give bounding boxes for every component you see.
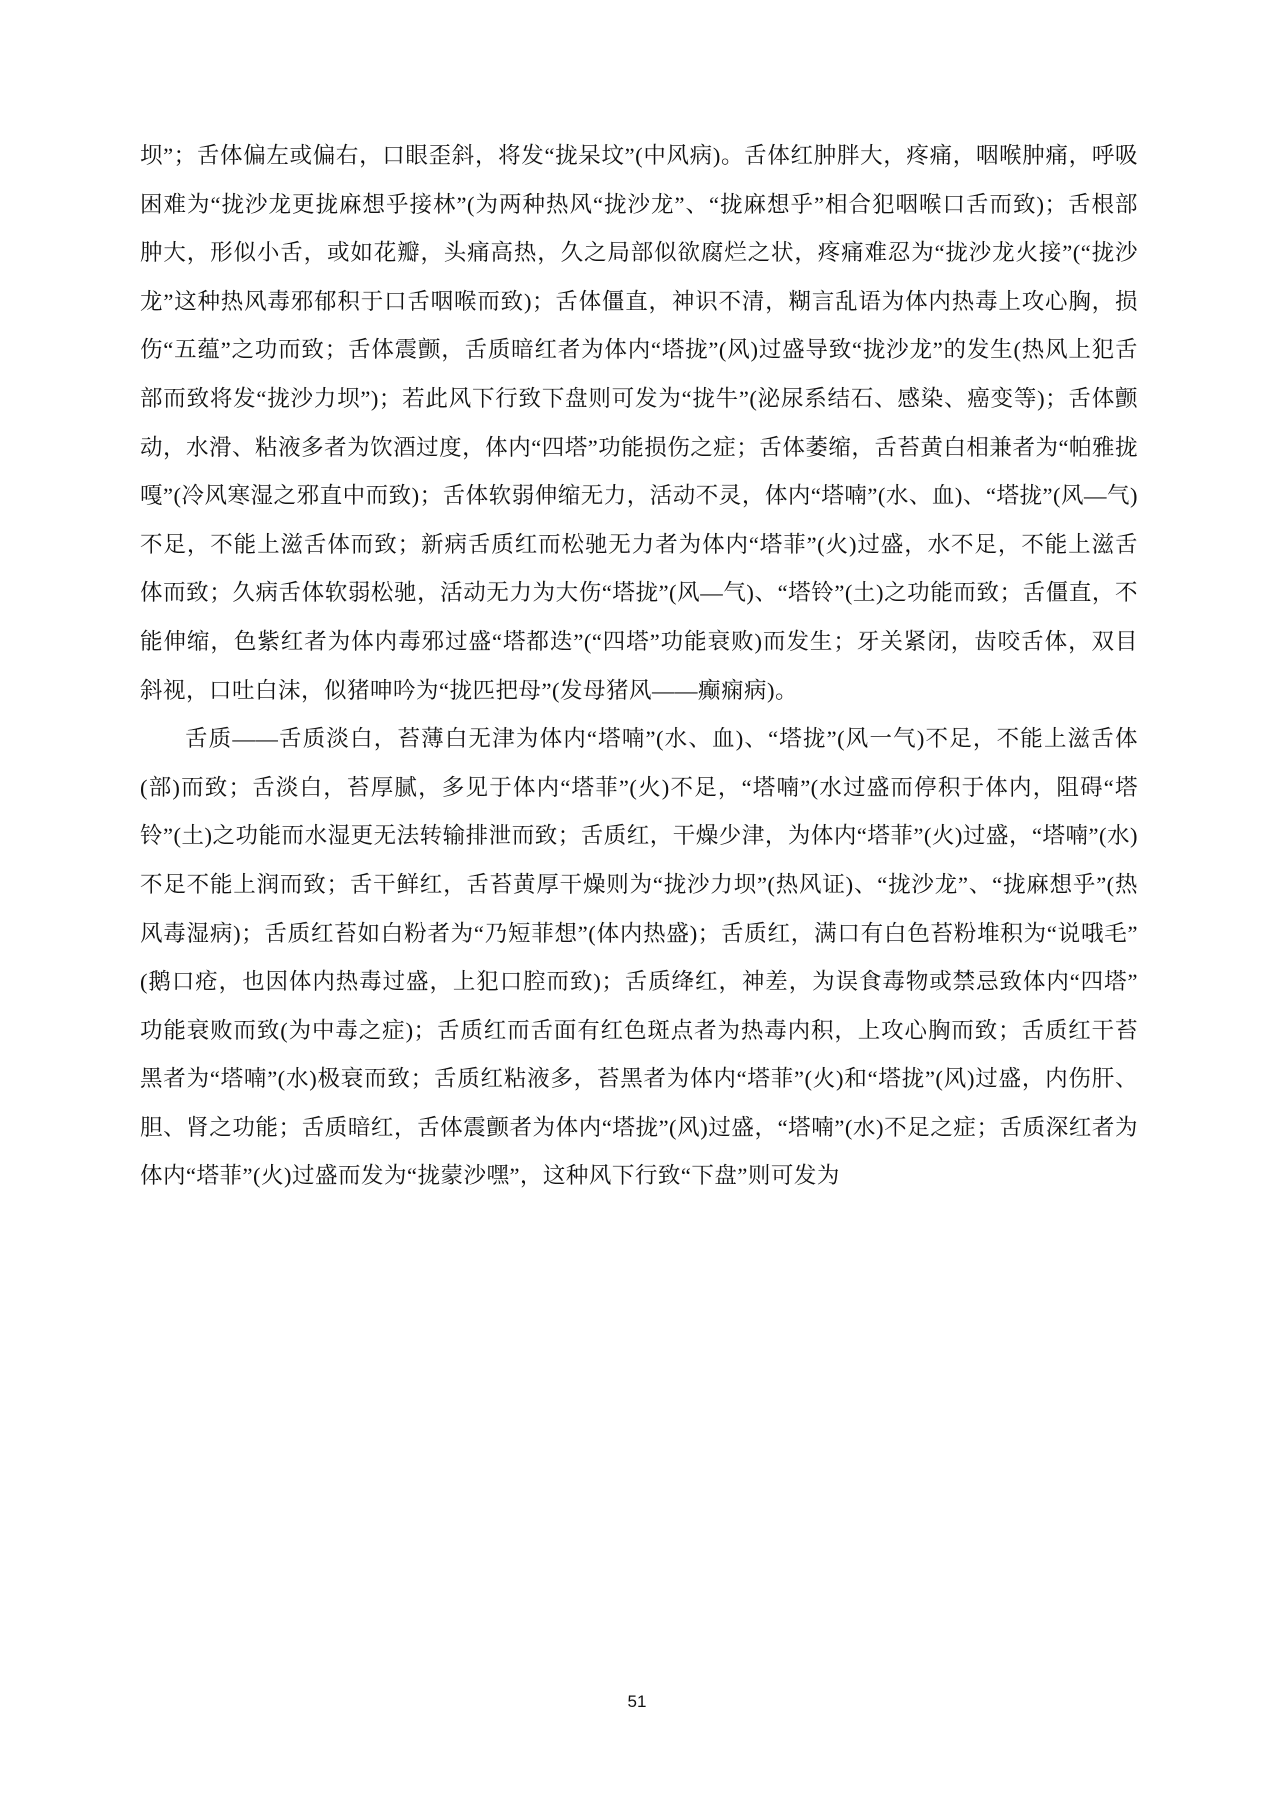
body-paragraph-1: 坝”；舌体偏左或偏右，口眼歪斜，将发“拢呆坟”(中风病)。舌体红肿胖大，疼痛，咽… bbox=[140, 132, 1138, 715]
body-text: 坝”；舌体偏左或偏右，口眼歪斜，将发“拢呆坟”(中风病)。舌体红肿胖大，疼痛，咽… bbox=[140, 132, 1138, 1201]
document-page: 坝”；舌体偏左或偏右，口眼歪斜，将发“拢呆坟”(中风病)。舌体红肿胖大，疼痛，咽… bbox=[0, 0, 1274, 1801]
body-paragraph-2: 舌质——舌质淡白，苔薄白无津为体内“塔喃”(水、血)、“塔拢”(风一气)不足，不… bbox=[140, 715, 1138, 1201]
page-number: 51 bbox=[0, 1692, 1274, 1712]
